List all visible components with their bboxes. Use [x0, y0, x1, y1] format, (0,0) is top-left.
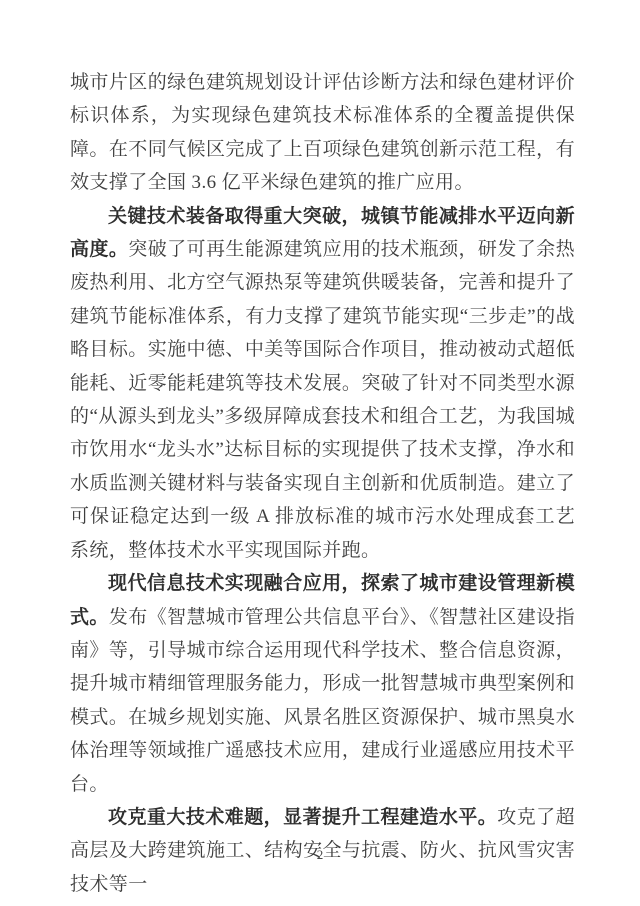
document-body: 城市片区的绿色建筑规划设计评估诊断方法和绿色建材评价标识体系，为实现绿色建筑技术…: [70, 66, 575, 901]
paragraph: 城市片区的绿色建筑规划设计评估诊断方法和绿色建材评价标识体系，为实现绿色建筑技术…: [70, 66, 575, 200]
paragraph: 现代信息技术实现融合应用，探索了城市建设管理新模式。发布《智慧城市管理公共信息平…: [70, 567, 575, 801]
paragraph-text: 突破了可再生能源建筑应用的技术瓶颈，研发了余热废热利用、北方空气源热泵等建筑供暖…: [70, 239, 575, 561]
paragraph-text: 发布《智慧城市管理公共信息平台》、《智慧社区建设指南》等，引导城市综合运用现代科…: [70, 607, 575, 795]
page-number: 2: [317, 847, 324, 862]
paragraph-lead: 攻克重大技术难题，显著提升工程建造水平。: [108, 807, 497, 828]
paragraph: 关键技术装备取得重大突破，城镇节能减排水平迈向新高度。突破了可再生能源建筑应用的…: [70, 200, 575, 567]
paragraph-text: 城市片区的绿色建筑规划设计评估诊断方法和绿色建材评价标识体系，为实现绿色建筑技术…: [70, 72, 575, 193]
page-footer: 2: [0, 846, 640, 864]
document-page: 城市片区的绿色建筑规划设计评估诊断方法和绿色建材评价标识体系，为实现绿色建筑技术…: [0, 0, 640, 906]
